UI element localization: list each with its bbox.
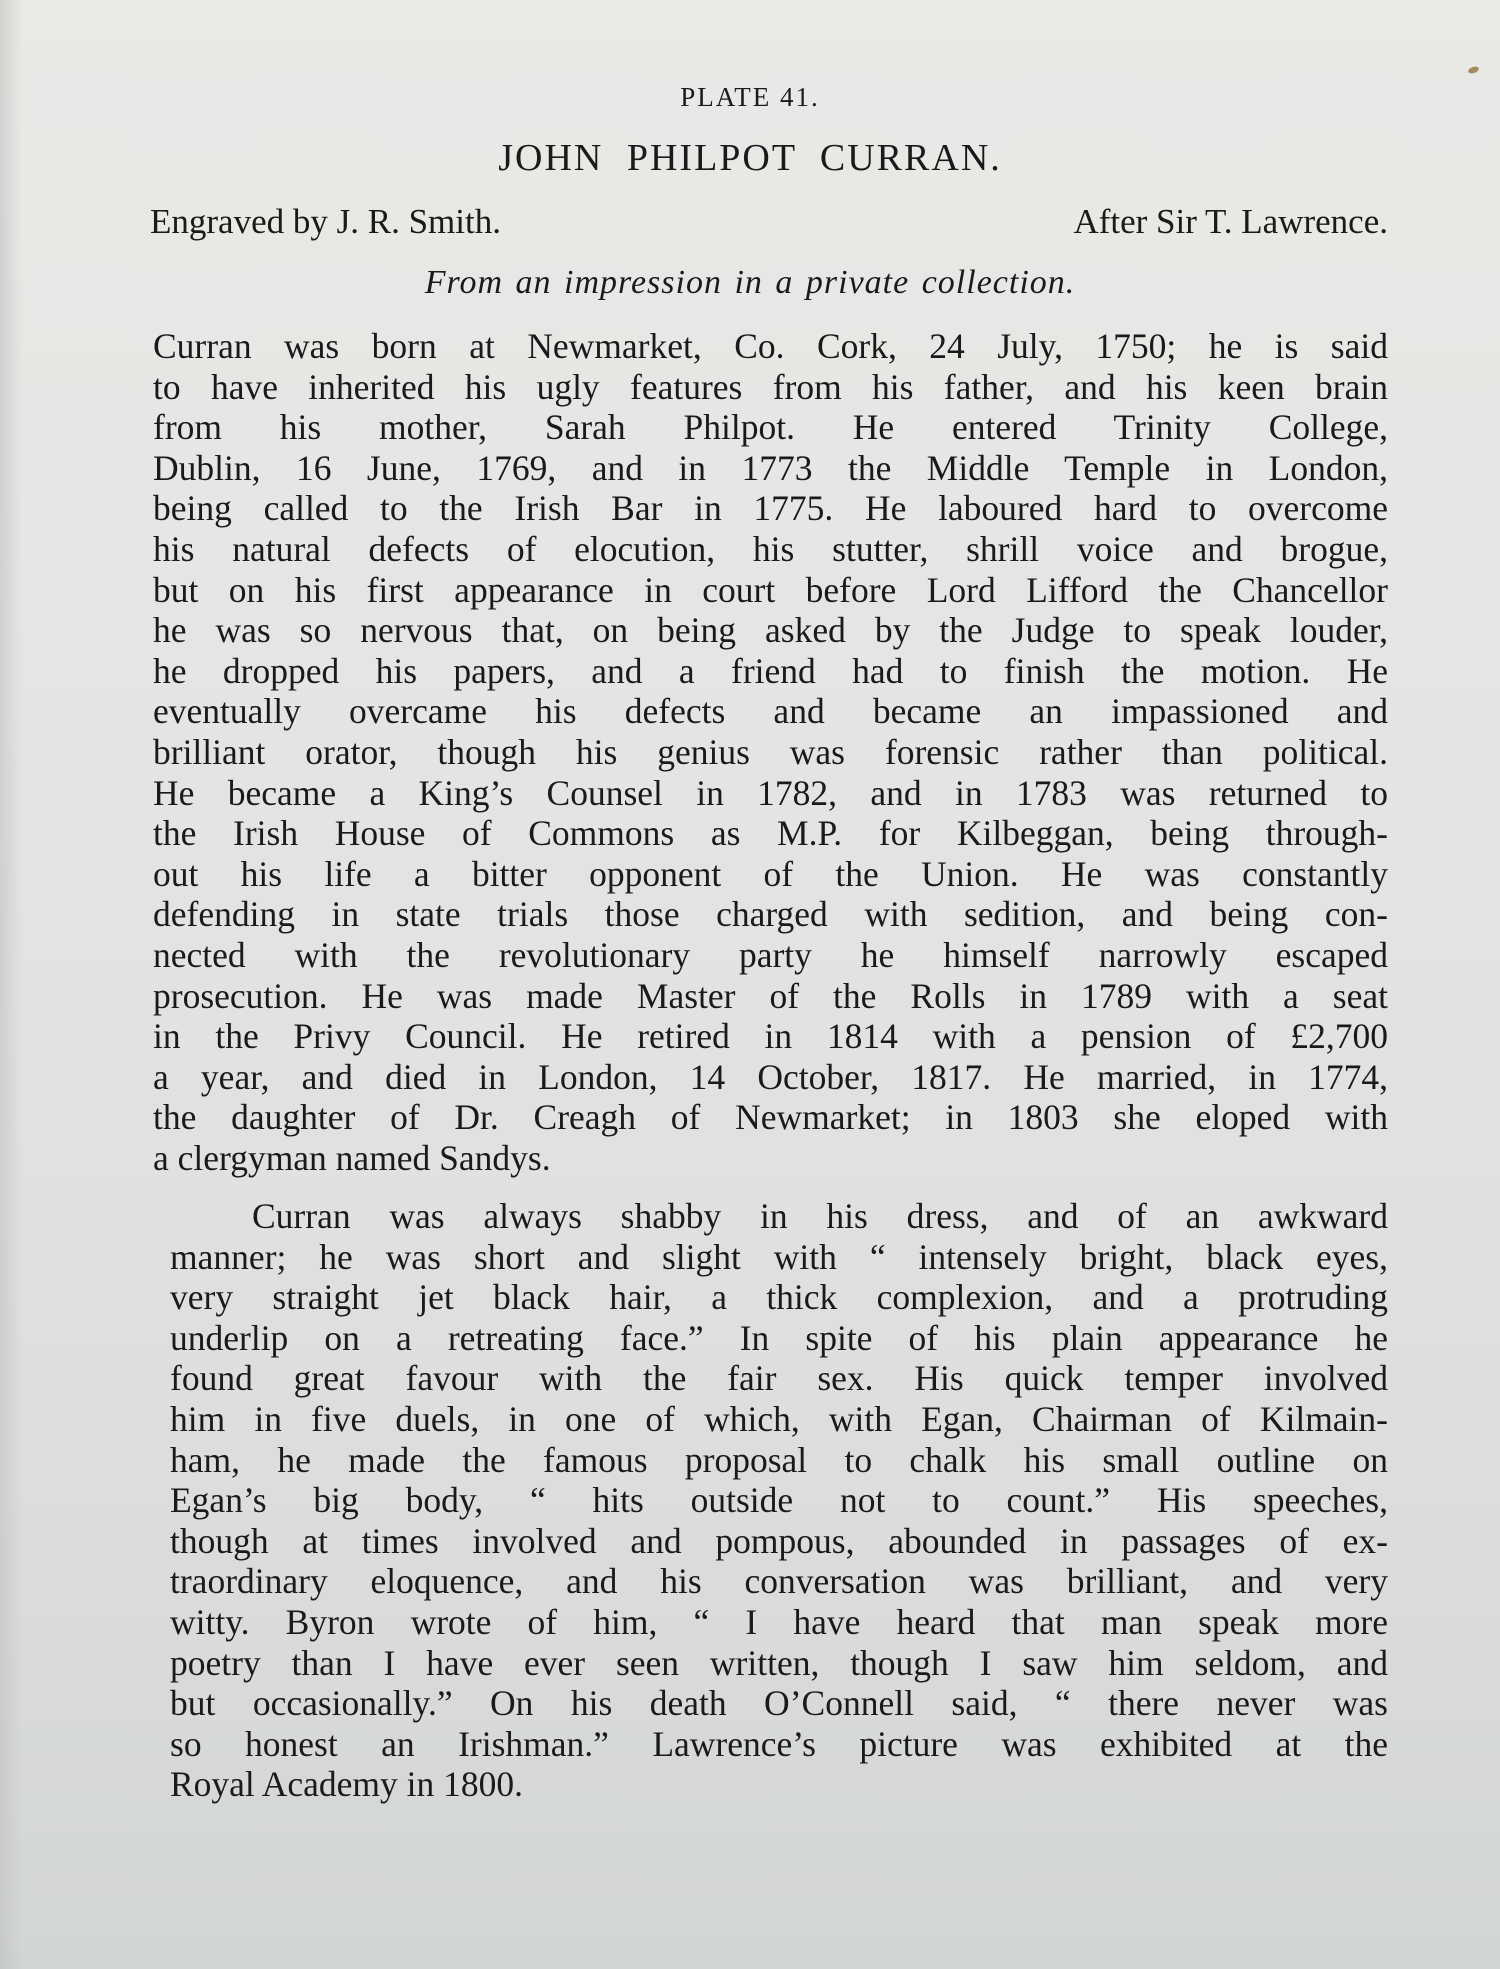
text-line: underlip on a retreating face.” In spite… bbox=[170, 1318, 1388, 1359]
text-line: prosecution. He was made Master of the R… bbox=[153, 976, 1388, 1017]
text-line: eventually overcame his defects and beca… bbox=[153, 691, 1388, 732]
engraver-credit: Engraved by J. R. Smith. bbox=[150, 202, 501, 242]
text-line: but occasionally.” On his death O’Connel… bbox=[170, 1683, 1388, 1724]
text-line: found great favour with the fair sex. Hi… bbox=[170, 1358, 1388, 1399]
text-line: traordinary eloquence, and his conversat… bbox=[170, 1561, 1388, 1602]
text-line: but on his first appearance in court bef… bbox=[153, 570, 1388, 611]
text-line: nected with the revolutionary party he h… bbox=[153, 935, 1388, 976]
text-line: the Irish House of Commons as M.P. for K… bbox=[153, 813, 1388, 854]
text-line: to have inherited his ugly features from… bbox=[153, 367, 1388, 408]
paper-speck bbox=[1467, 65, 1479, 74]
text-line: manner; he was short and slight with “ i… bbox=[170, 1237, 1388, 1278]
text-line: Dublin, 16 June, 1769, and in 1773 the M… bbox=[153, 448, 1388, 489]
text-line: the daughter of Dr. Creagh of Newmarket;… bbox=[153, 1097, 1388, 1138]
artist-credit: After Sir T. Lawrence. bbox=[1073, 202, 1388, 242]
text-line: he dropped his papers, and a friend had … bbox=[153, 651, 1388, 692]
text-line: Royal Academy in 1800. bbox=[170, 1764, 1388, 1805]
text-line: he was so nervous that, on being asked b… bbox=[153, 610, 1388, 651]
text-line: defending in state trials those charged … bbox=[153, 894, 1388, 935]
text-line: him in five duels, in one of which, with… bbox=[170, 1399, 1388, 1440]
text-line: his natural defects of elocution, his st… bbox=[153, 529, 1388, 570]
text-line: ham, he made the famous proposal to chal… bbox=[170, 1440, 1388, 1481]
text-line: brilliant orator, though his genius was … bbox=[153, 732, 1388, 773]
text-line: in the Privy Council. He retired in 1814… bbox=[153, 1016, 1388, 1057]
text-line: witty. Byron wrote of him, “ I have hear… bbox=[170, 1602, 1388, 1643]
text-line: Curran was born at Newmarket, Co. Cork, … bbox=[153, 326, 1388, 367]
plate-number: PLATE 41. bbox=[0, 82, 1500, 113]
text-line: Egan’s big body, “ hits outside not to c… bbox=[170, 1480, 1388, 1521]
text-line: a year, and died in London, 14 October, … bbox=[153, 1057, 1388, 1098]
text-line: a clergyman named Sandys. bbox=[153, 1138, 1388, 1179]
page-title: JOHN PHILPOT CURRAN. bbox=[0, 136, 1500, 180]
source-note: From an impression in a private collecti… bbox=[0, 264, 1500, 302]
book-page: PLATE 41. JOHN PHILPOT CURRAN. Engraved … bbox=[0, 0, 1500, 1969]
text-line: so honest an Irishman.” Lawrence’s pictu… bbox=[170, 1724, 1388, 1765]
paragraph-2: Curran was always shabby in his dress, a… bbox=[170, 1196, 1388, 1805]
paragraph-1: Curran was born at Newmarket, Co. Cork, … bbox=[153, 326, 1388, 1178]
text-line: very straight jet black hair, a thick co… bbox=[170, 1277, 1388, 1318]
text-line: He became a King’s Counsel in 1782, and … bbox=[153, 773, 1388, 814]
credits-line: Engraved by J. R. Smith. After Sir T. La… bbox=[150, 202, 1388, 242]
text-line: Curran was always shabby in his dress, a… bbox=[170, 1196, 1388, 1237]
text-line: from his mother, Sarah Philpot. He enter… bbox=[153, 407, 1388, 448]
text-line: being called to the Irish Bar in 1775. H… bbox=[153, 488, 1388, 529]
text-line: poetry than I have ever seen written, th… bbox=[170, 1643, 1388, 1684]
text-line: though at times involved and pompous, ab… bbox=[170, 1521, 1388, 1562]
text-line: out his life a bitter opponent of the Un… bbox=[153, 854, 1388, 895]
